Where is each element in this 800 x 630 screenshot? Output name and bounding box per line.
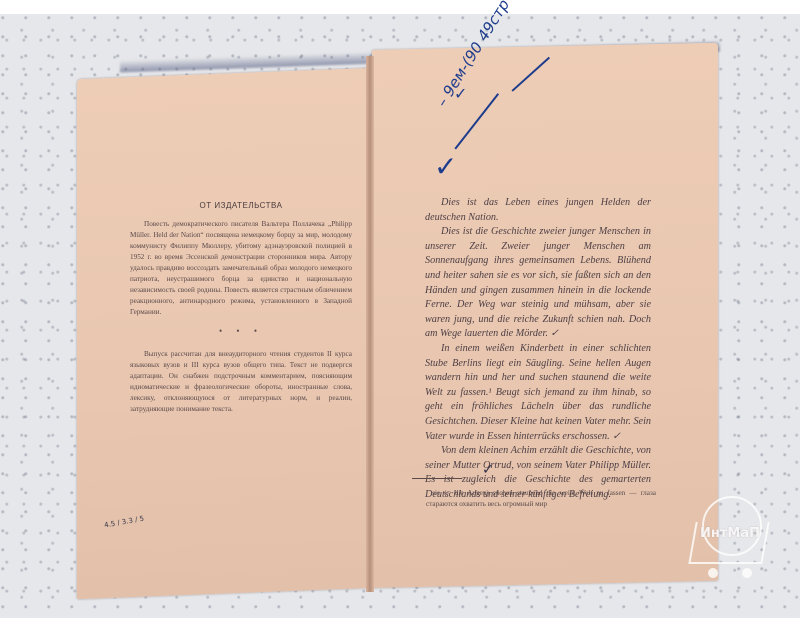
handwritten-check-icon: ✓ — [434, 150, 457, 183]
publisher-note-paragraph: Повесть демократического писателя Вальте… — [130, 219, 352, 318]
watermark-text: ИнтМаП — [688, 526, 772, 541]
cart-wheel-icon — [742, 568, 752, 578]
footnote-divider — [412, 478, 462, 479]
story-paragraph: Dies ist das Leben eines jungen Helden d… — [425, 196, 651, 225]
book-spine — [366, 56, 374, 592]
publisher-note-heading: ОТ ИЗДАТЕЛЬСТВА — [130, 200, 352, 211]
cart-wheel-icon — [708, 568, 718, 578]
footnote: ¹ sie (= die Augen) suchen staunend die … — [426, 488, 656, 510]
watermark-logo: ИнтМаП — [686, 488, 772, 584]
section-separator: • • • — [130, 326, 352, 337]
publisher-note-paragraph: Выпуск рассчитан для внеаудиторного чтен… — [130, 349, 352, 415]
story-paragraph: In einem weißen Kinderbett in einer schl… — [425, 342, 651, 444]
publisher-note: ОТ ИЗДАТЕЛЬСТВА Повесть демократического… — [130, 200, 352, 415]
story-paragraph: Dies ist die Geschichte zweier junger Me… — [425, 225, 651, 342]
story-intro-text: Dies ist das Leben eines jungen Helden d… — [425, 196, 651, 502]
pencil-check-icon: ✓ — [482, 462, 494, 478]
